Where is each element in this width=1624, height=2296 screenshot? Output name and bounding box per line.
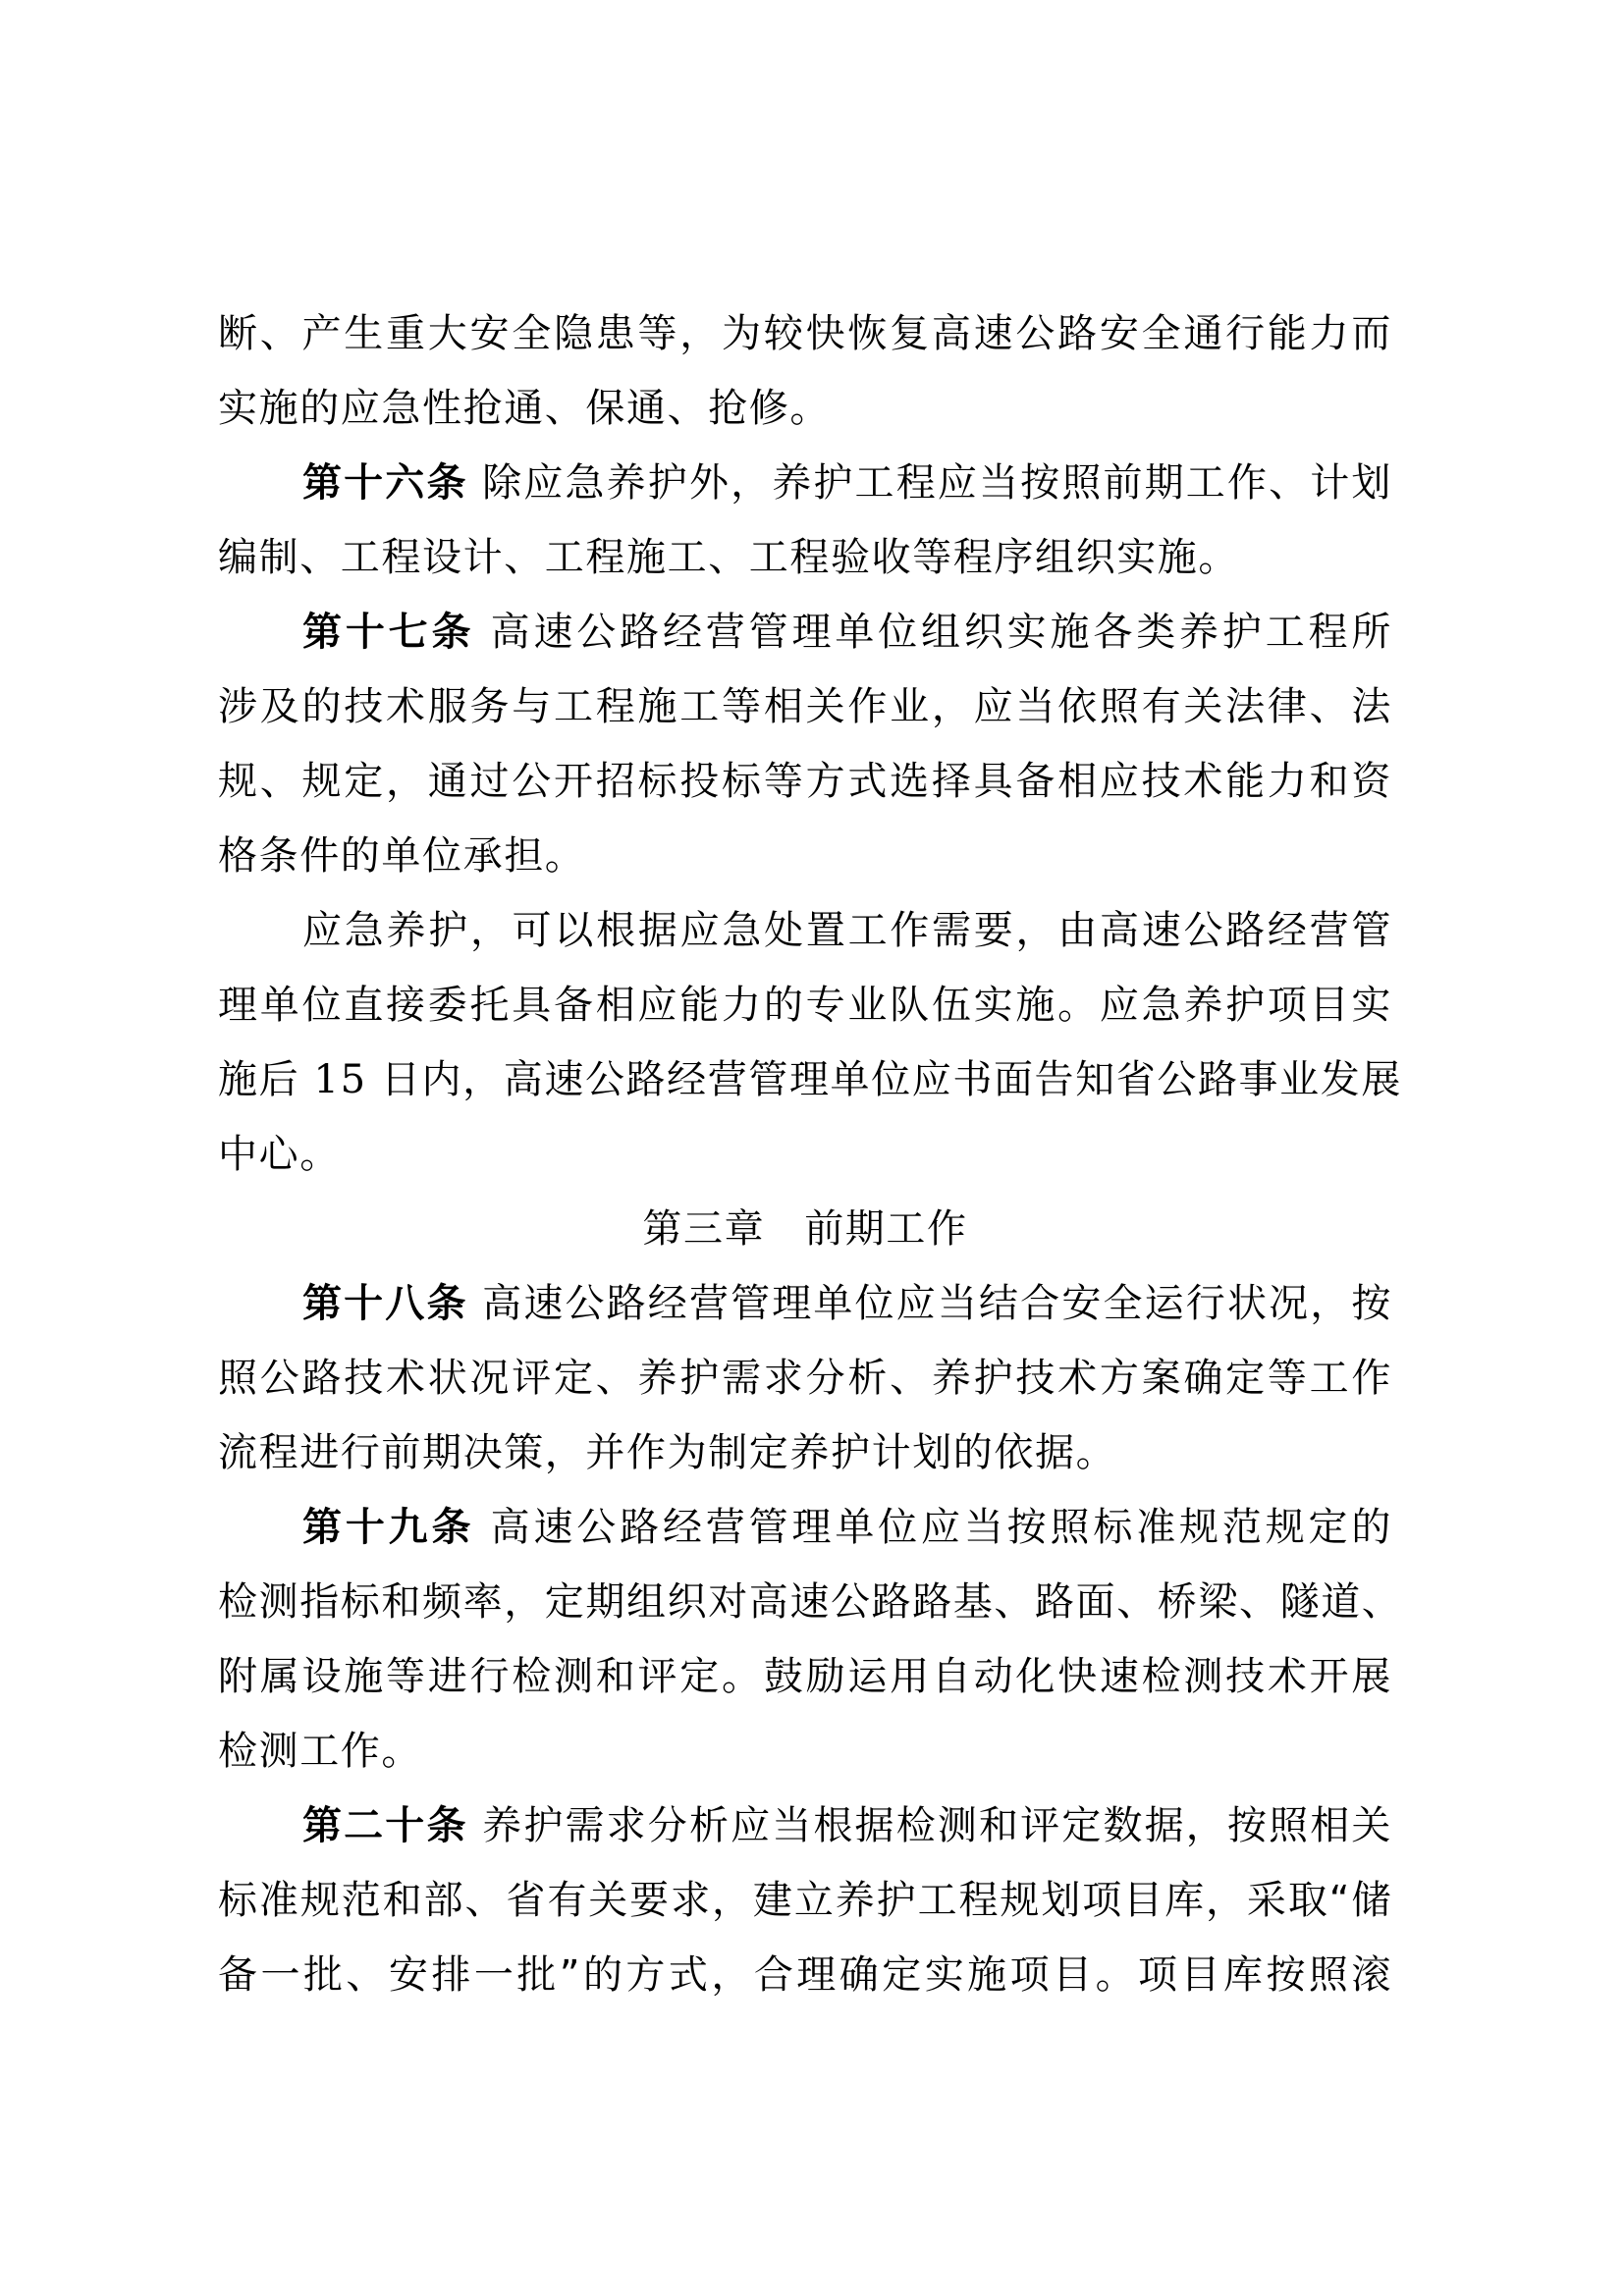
article-text: 除应急养护外，养护工程应当按照前期工作、计划 (482, 460, 1392, 506)
chapter-heading: 第三章前期工作 (218, 1192, 1392, 1266)
article-label: 第二十条 (302, 1803, 468, 1848)
article-19-first-line: 第十九条高速公路经营管理单位应当按照标准规范规定的 (218, 1490, 1392, 1565)
chapter-number: 第三章 (642, 1206, 765, 1252)
text-line: 检测指标和频率，定期组织对高速公路路基、路面、桥梁、隧道、 (218, 1565, 1392, 1639)
day-count: 15 (314, 1057, 367, 1102)
article-label: 第十九条 (302, 1505, 474, 1550)
article-text: 高速公路经营管理单位应当结合安全运行状况，按 (482, 1281, 1392, 1326)
article-text: 高速公路经营管理单位组织实施各类养护工程所 (488, 610, 1392, 655)
text-segment: 日内，高速公路经营管理单位应书面告知省公路事业发展 (367, 1057, 1402, 1102)
text-line: 流程进行前期决策，并作为制定养护计划的依据。 (218, 1415, 1392, 1490)
article-16-first-line: 第十六条除应急养护外，养护工程应当按照前期工作、计划 (218, 446, 1392, 520)
text-line: 检测工作。 (218, 1714, 1392, 1789)
article-18-first-line: 第十八条高速公路经营管理单位应当结合安全运行状况，按 (218, 1266, 1392, 1341)
article-20-first-line: 第二十条养护需求分析应当根据检测和评定数据，按照相关 (218, 1789, 1392, 1863)
text-line: 涉及的技术服务与工程施工等相关作业，应当依照有关法律、法 (218, 669, 1392, 744)
text-line: 实施的应急性抢通、保通、抢修。 (218, 371, 1392, 446)
text-line: 理单位直接委托具备相应能力的专业队伍实施。应急养护项目实 (218, 968, 1392, 1042)
article-label: 第十七条 (302, 610, 474, 655)
text-segment: 施后 (218, 1057, 314, 1102)
article-17-first-line: 第十七条高速公路经营管理单位组织实施各类养护工程所 (218, 595, 1392, 669)
text-line: 照公路技术状况评定、养护需求分析、养护技术方案确定等工作 (218, 1341, 1392, 1415)
text-line: 标准规范和部、省有关要求，建立养护工程规划项目库，采取“储 (218, 1863, 1392, 1938)
text-line: 施后 15 日内，高速公路经营管理单位应书面告知省公路事业发展 (218, 1042, 1392, 1117)
text-line: 中心。 (218, 1117, 1392, 1192)
text-line: 格条件的单位承担。 (218, 819, 1392, 893)
text-line: 备一批、安排一批”的方式，合理确定实施项目。项目库按照滚 (218, 1938, 1392, 2012)
chapter-title: 前期工作 (804, 1206, 967, 1252)
article-label: 第十八条 (302, 1281, 468, 1326)
paragraph-first-line: 应急养护，可以根据应急处置工作需要，由高速公路经营管 (218, 893, 1392, 968)
article-text: 养护需求分析应当根据检测和评定数据，按照相关 (482, 1803, 1392, 1848)
text-line: 编制、工程设计、工程施工、工程验收等程序组织实施。 (218, 520, 1392, 595)
text-line: 规、规定，通过公开招标投标等方式选择具备相应技术能力和资 (218, 744, 1392, 819)
document-page: 断、产生重大安全隐患等，为较快恢复高速公路安全通行能力而 实施的应急性抢通、保通… (218, 296, 1392, 2012)
text-line: 断、产生重大安全隐患等，为较快恢复高速公路安全通行能力而 (218, 296, 1392, 371)
text-line: 附属设施等进行检测和评定。鼓励运用自动化快速检测技术开展 (218, 1639, 1392, 1714)
article-label: 第十六条 (302, 460, 468, 506)
article-text: 高速公路经营管理单位应当按照标准规范规定的 (488, 1505, 1392, 1550)
